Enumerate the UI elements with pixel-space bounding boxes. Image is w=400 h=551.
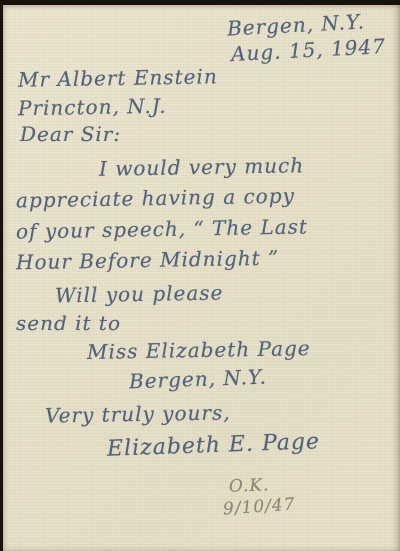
body-line-4: Hour Before Midnight ”: [16, 246, 280, 275]
body-line-8: Bergen, N.Y.: [129, 365, 268, 394]
body-line-2: appreciate having a copy: [16, 184, 295, 213]
body-line-6: send it to: [16, 311, 121, 335]
signature: Elizabeth E. Page: [107, 429, 321, 461]
body-line-3: of your speech, “ The Last: [16, 214, 308, 243]
approval-note-date: 9/10/47: [222, 494, 296, 519]
closing: Very truly yours,: [45, 400, 231, 427]
body-line-1: I would very much: [99, 153, 305, 181]
recipient-city: Princton, N.J.: [18, 94, 167, 121]
approval-note-ok: O.K.: [229, 475, 270, 496]
recipient-name: Mr Albert Enstein: [18, 64, 218, 91]
letter-paper: Bergen, N.Y. Aug. 15, 1947 Mr Albert Ens…: [3, 5, 400, 551]
salutation: Dear Sir:: [20, 122, 121, 146]
body-line-5: Will you please: [55, 281, 224, 308]
body-line-7: Miss Elizabeth Page: [87, 336, 311, 364]
letter-scan: Bergen, N.Y. Aug. 15, 1947 Mr Albert Ens…: [0, 0, 400, 551]
